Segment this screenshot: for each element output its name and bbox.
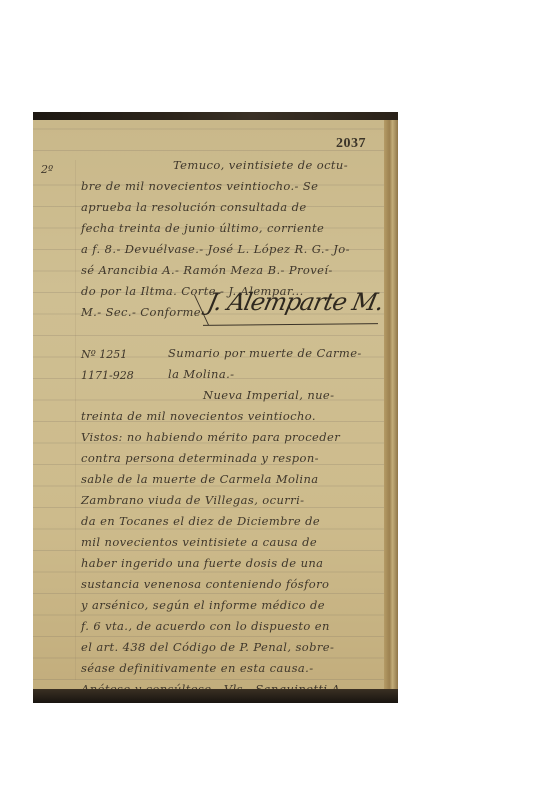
entry-2-line: Zambrano viuda de Villegas, ocurri- — [81, 493, 304, 507]
entry-2-line: da en Tocanes el diez de Diciembre de — [81, 514, 320, 528]
signature: J. Alemparte M. — [205, 288, 386, 316]
entry-2-line: haber ingerido una fuerte dosis de una — [81, 556, 323, 570]
entry-1-line: Temuco, veintisiete de octu- — [173, 158, 348, 172]
entry-1-line: bre de mil novecientos veintiocho.- Se — [81, 179, 318, 193]
entry-2-line: sable de la muerte de Carmela Molina — [81, 472, 319, 486]
entry-1-line: fecha treinta de junio último, corriente — [81, 221, 324, 235]
entry-1-line: M.- Sec.- Conforme — [81, 305, 201, 319]
entry-2-line: f. 6 vta., de acuerdo con lo dispuesto e… — [81, 619, 330, 633]
entry-2-margin-number: Nº 1251 — [81, 348, 127, 361]
entry-2-line: y arsénico, según el informe médico de — [81, 598, 325, 612]
entry-1-margin-number: 2º — [41, 163, 53, 176]
entry-2-margin-ref: 1171-928 — [81, 369, 134, 382]
binding-bottom-edge — [33, 689, 398, 703]
page-edge — [384, 120, 398, 696]
entry-2-line: sustancia venenosa conteniendo fósforo — [81, 577, 329, 591]
entry-1-line: aprueba la resolución consultada de — [81, 200, 307, 214]
entry-2-heading: Sumario por muerte de Carme- — [168, 346, 362, 360]
page-number: 2037 — [336, 136, 366, 152]
margin-line — [75, 160, 76, 680]
entry-2-line: Nueva Imperial, nue- — [203, 388, 334, 402]
entry-2-line: contra persona determinada y respon- — [81, 451, 319, 465]
document-photo: 2037 2º Temuco, veintisiete de octu- bre… — [33, 112, 398, 703]
entry-2-line: séase definitivamente en esta causa.- — [81, 661, 313, 675]
entry-1-line: sé Arancibia A.- Ramón Meza B.- Proveí- — [81, 263, 333, 277]
entry-2-heading: la Molina.- — [168, 367, 234, 381]
entry-2-line: mil novecientos veintisiete a causa de — [81, 535, 317, 549]
entry-2-line: el art. 438 del Código de P. Penal, sobr… — [81, 640, 334, 654]
entry-2-line: treinta de mil novecientos veintiocho. — [81, 409, 316, 423]
ledger-page: 2037 2º Temuco, veintisiete de octu- bre… — [33, 120, 386, 692]
entry-2-line: Vistos: no habiendo mérito para proceder — [81, 430, 340, 444]
entry-1-line: a f. 8.- Devuélvase.- José L. López R. G… — [81, 242, 350, 256]
